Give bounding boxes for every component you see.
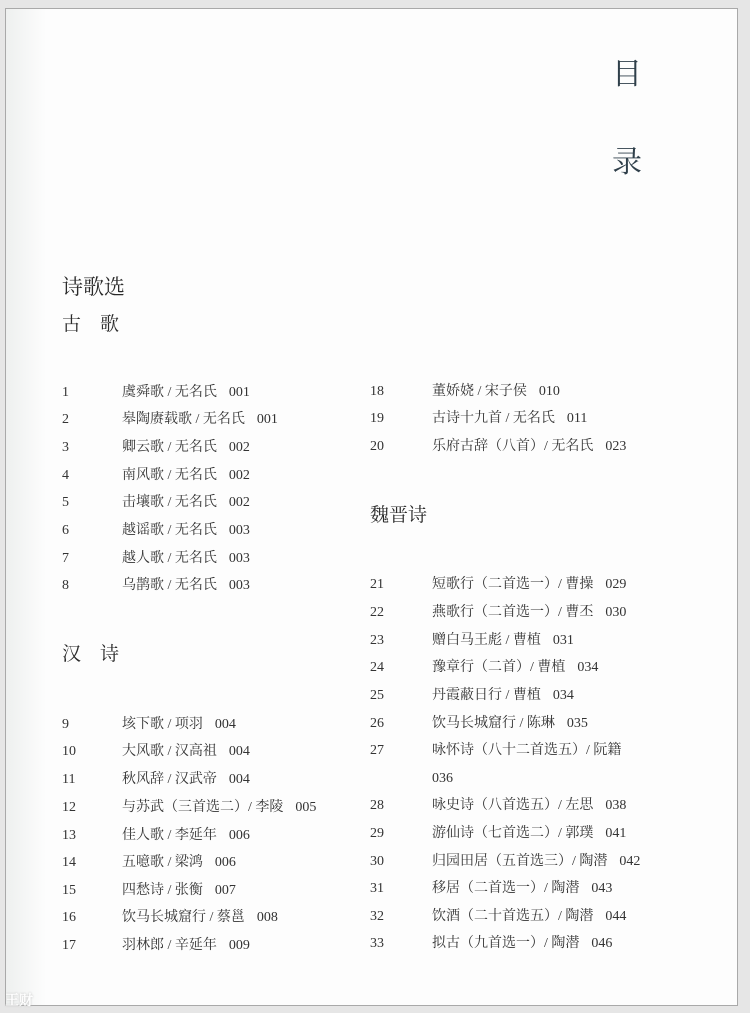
- title-char-mu: 目: [612, 60, 642, 90]
- entry-title: 拟古（九首选一）/ 陶潜: [432, 936, 579, 951]
- entry-title: 丹霞蔽日行 / 曹植: [432, 688, 541, 703]
- entry-title: 燕歌行（二首选一）/ 曹丕: [432, 605, 593, 620]
- entry-page: 034: [553, 688, 574, 703]
- entry-number: 2: [62, 413, 69, 427]
- entry-number: 16: [62, 911, 76, 925]
- entry-title: 董娇娆 / 宋子侯: [432, 384, 527, 399]
- entry-page: 004: [215, 717, 236, 732]
- watermark: 王财: [5, 990, 33, 1010]
- entry-title: 咏史诗（八首选五）/ 左思: [432, 798, 593, 813]
- entry-number: 14: [62, 856, 76, 870]
- entry-number: 5: [62, 496, 69, 510]
- entry-page: 036: [432, 772, 453, 786]
- entry-number: 28: [370, 799, 384, 813]
- entry-page: 044: [605, 909, 626, 924]
- entry-page: 004: [229, 772, 250, 787]
- entry-page: 002: [229, 495, 250, 510]
- entry-number: 32: [370, 910, 384, 924]
- entry-page: 003: [229, 578, 250, 593]
- entry-page: 003: [229, 551, 250, 566]
- entry-page: 010: [539, 384, 560, 399]
- group-title-hanshi: 汉 诗: [62, 645, 119, 664]
- entry-number: 7: [62, 552, 69, 566]
- entry-page: 009: [229, 938, 250, 953]
- entry-title: 移居（二首选一）/ 陶潜: [432, 881, 579, 896]
- entry-page: 001: [257, 412, 278, 427]
- entry-title: 五噫歌 / 梁鸿: [122, 855, 203, 870]
- entry-title: 归园田居（五首选三）/ 陶潜: [432, 854, 607, 869]
- entry-title: 饮酒（二十首选五）/ 陶潜: [432, 909, 593, 924]
- entry-page: 011: [567, 411, 587, 426]
- entry-page: 031: [553, 633, 574, 648]
- section-title: 诗歌选: [62, 277, 125, 298]
- entry-page: 029: [605, 577, 626, 592]
- entry-page: 042: [619, 854, 640, 869]
- entry-title: 羽林郎 / 辛延年: [122, 938, 217, 953]
- entry-title: 击壤歌 / 无名氏: [122, 495, 217, 510]
- entry-number: 17: [62, 939, 76, 953]
- entry-title: 皋陶赓载歌 / 无名氏: [122, 412, 245, 427]
- entry-title: 古诗十九首 / 无名氏: [432, 411, 555, 426]
- entry-title: 越谣歌 / 无名氏: [122, 523, 217, 538]
- entry-number: 26: [370, 717, 384, 731]
- entry-number: 20: [370, 440, 384, 454]
- entry-title: 与苏武（三首选二）/ 李陵: [122, 800, 283, 815]
- entry-page: 003: [229, 523, 250, 538]
- entry-number: 4: [62, 469, 69, 483]
- entry-title: 大风歌 / 汉高祖: [122, 744, 217, 759]
- entry-number: 24: [370, 661, 384, 675]
- entry-page: 002: [229, 468, 250, 483]
- entry-title: 赠白马王彪 / 曹植: [432, 633, 541, 648]
- entry-title: 四愁诗 / 张衡: [122, 883, 203, 898]
- entry-page: 004: [229, 744, 250, 759]
- entry-page: 002: [229, 440, 250, 455]
- entry-number: 19: [370, 412, 384, 426]
- group-title-guge: 古 歌: [62, 315, 119, 334]
- entry-number: 31: [370, 882, 384, 896]
- entry-number: 30: [370, 855, 384, 869]
- entry-number: 6: [62, 524, 69, 538]
- entry-title: 佳人歌 / 李延年: [122, 828, 217, 843]
- entry-title: 豫章行（二首）/ 曹植: [432, 660, 565, 675]
- entry-number: 25: [370, 689, 384, 703]
- entry-page: 034: [577, 660, 598, 675]
- title-char-lu: 录: [612, 148, 642, 178]
- entry-page: 041: [605, 826, 626, 841]
- entry-title: 乌鹊歌 / 无名氏: [122, 578, 217, 593]
- entry-number: 27: [370, 744, 384, 758]
- entry-title: 南风歌 / 无名氏: [122, 468, 217, 483]
- entry-number: 23: [370, 634, 384, 648]
- entry-page: 046: [591, 936, 612, 951]
- entry-number: 22: [370, 606, 384, 620]
- entry-title: 饮马长城窟行 / 陈琳: [432, 716, 555, 731]
- entry-title: 饮马长城窟行 / 蔡邕: [122, 910, 245, 925]
- entry-title: 乐府古辞（八首）/ 无名氏: [432, 439, 593, 454]
- entry-page: 030: [605, 605, 626, 620]
- entry-number: 12: [62, 801, 76, 815]
- entry-title: 秋风辞 / 汉武帝: [122, 772, 217, 787]
- entry-number: 13: [62, 829, 76, 843]
- entry-title: 虞舜歌 / 无名氏: [122, 385, 217, 400]
- entry-number: 18: [370, 385, 384, 399]
- entry-page: 006: [215, 855, 236, 870]
- entry-number: 11: [62, 773, 75, 787]
- entry-number: 3: [62, 441, 69, 455]
- entry-page: 023: [605, 439, 626, 454]
- entry-title: 越人歌 / 无名氏: [122, 551, 217, 566]
- entry-page: 008: [257, 910, 278, 925]
- entry-page: 001: [229, 385, 250, 400]
- entry-page: 038: [605, 798, 626, 813]
- entry-title: 短歌行（二首选一）/ 曹操: [432, 577, 593, 592]
- entry-number: 33: [370, 937, 384, 951]
- entry-number: 21: [370, 578, 384, 592]
- entry-number: 15: [62, 884, 76, 898]
- entry-title: 卿云歌 / 无名氏: [122, 440, 217, 455]
- entry-title: 咏怀诗（八十二首选五）/ 阮籍: [432, 743, 621, 758]
- entry-page: 005: [295, 800, 316, 815]
- group-title-weijinshi: 魏晋诗: [370, 506, 427, 525]
- entry-page: 007: [215, 883, 236, 898]
- entry-number: 8: [62, 579, 69, 593]
- entry-page: 043: [591, 881, 612, 896]
- entry-title: 游仙诗（七首选二）/ 郭璞: [432, 826, 593, 841]
- entry-title: 垓下歌 / 项羽: [122, 717, 203, 732]
- entry-page: 035: [567, 716, 588, 731]
- entry-number: 9: [62, 718, 69, 732]
- entry-number: 1: [62, 386, 69, 400]
- entry-number: 10: [62, 745, 76, 759]
- entry-number: 29: [370, 827, 384, 841]
- entry-page: 006: [229, 828, 250, 843]
